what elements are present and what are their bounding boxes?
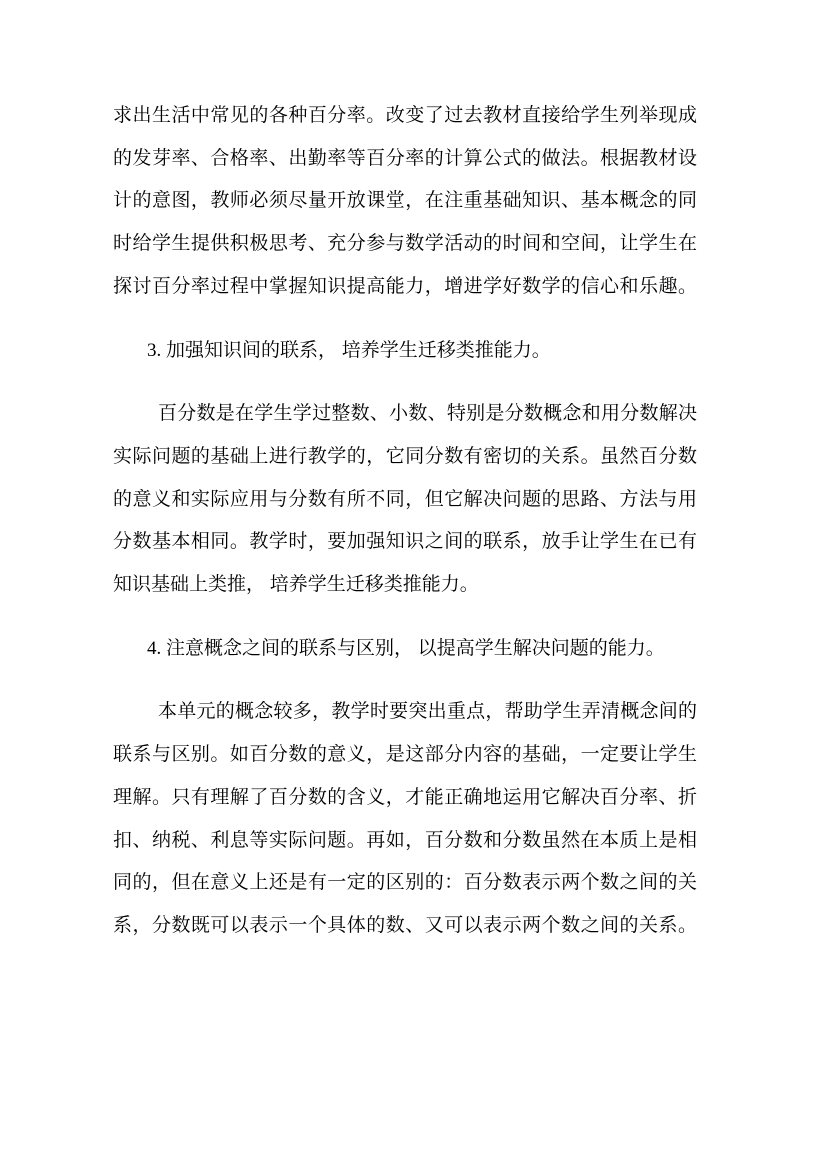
text-line: 联系与区别。如百分数的意义，是这部分内容的基础，一定要让学生 (113, 734, 697, 777)
document-body: 求出生活中常见的各种百分率。改变了过去教材直接给学生列举现成 的发芽率、合格率、… (113, 95, 697, 948)
text-line: 时给学生提供积极思考、充分参与数学活动的时间和空间，让学生在 (113, 223, 697, 266)
paragraph: 本单元的概念较多，教学时要突出重点，帮助学生弄清概念间的 联系与区别。如百分数的… (113, 691, 697, 947)
text-line: 的意义和实际应用与分数有所不同，但它解决问题的思路、方法与用 (113, 479, 697, 522)
document-page: 求出生活中常见的各种百分率。改变了过去教材直接给学生列举现成 的发芽率、合格率、… (0, 0, 827, 1170)
paragraph: 求出生活中常见的各种百分率。改变了过去教材直接给学生列举现成 的发芽率、合格率、… (113, 95, 697, 309)
text-line: 求出生活中常见的各种百分率。改变了过去教材直接给学生列举现成 (113, 95, 697, 138)
text-line: 分数基本相同。教学时，要加强知识之间的联系，放手让学生在已有 (113, 521, 697, 564)
heading-line: 3. 加强知识间的联系， 培养学生迁移类推能力。 (113, 330, 697, 373)
text-line: 计的意图，教师必须尽量开放课堂，在注重基础知识、基本概念的同 (113, 180, 697, 223)
text-line: 百分数是在学生学过整数、小数、特别是分数概念和用分数解决 (113, 393, 697, 436)
text-line: 知识基础上类推， 培养学生迁移类推能力。 (113, 564, 697, 607)
text-line: 实际问题的基础上进行教学的，它同分数有密切的关系。虽然百分数 (113, 436, 697, 479)
text-line: 理解。只有理解了百分数的含义，才能正确地运用它解决百分率、折 (113, 777, 697, 820)
section-heading: 4. 注意概念之间的联系与区别， 以提高学生解决问题的能力。 (113, 628, 697, 671)
text-line: 同的，但在意义上还是有一定的区别的：百分数表示两个数之间的关 (113, 862, 697, 905)
text-line: 系，分数既可以表示一个具体的数、又可以表示两个数之间的关系。 (113, 905, 697, 948)
text-line: 本单元的概念较多，教学时要突出重点，帮助学生弄清概念间的 (113, 691, 697, 734)
section-heading: 3. 加强知识间的联系， 培养学生迁移类推能力。 (113, 330, 697, 373)
text-line: 扣、纳税、利息等实际问题。再如，百分数和分数虽然在本质上是相 (113, 820, 697, 863)
paragraph: 百分数是在学生学过整数、小数、特别是分数概念和用分数解决 实际问题的基础上进行教… (113, 393, 697, 607)
text-line: 的发芽率、合格率、出勤率等百分率的计算公式的做法。根据教材设 (113, 138, 697, 181)
heading-line: 4. 注意概念之间的联系与区别， 以提高学生解决问题的能力。 (113, 628, 697, 671)
text-line: 探讨百分率过程中掌握知识提高能力，增进学好数学的信心和乐趣。 (113, 266, 697, 309)
